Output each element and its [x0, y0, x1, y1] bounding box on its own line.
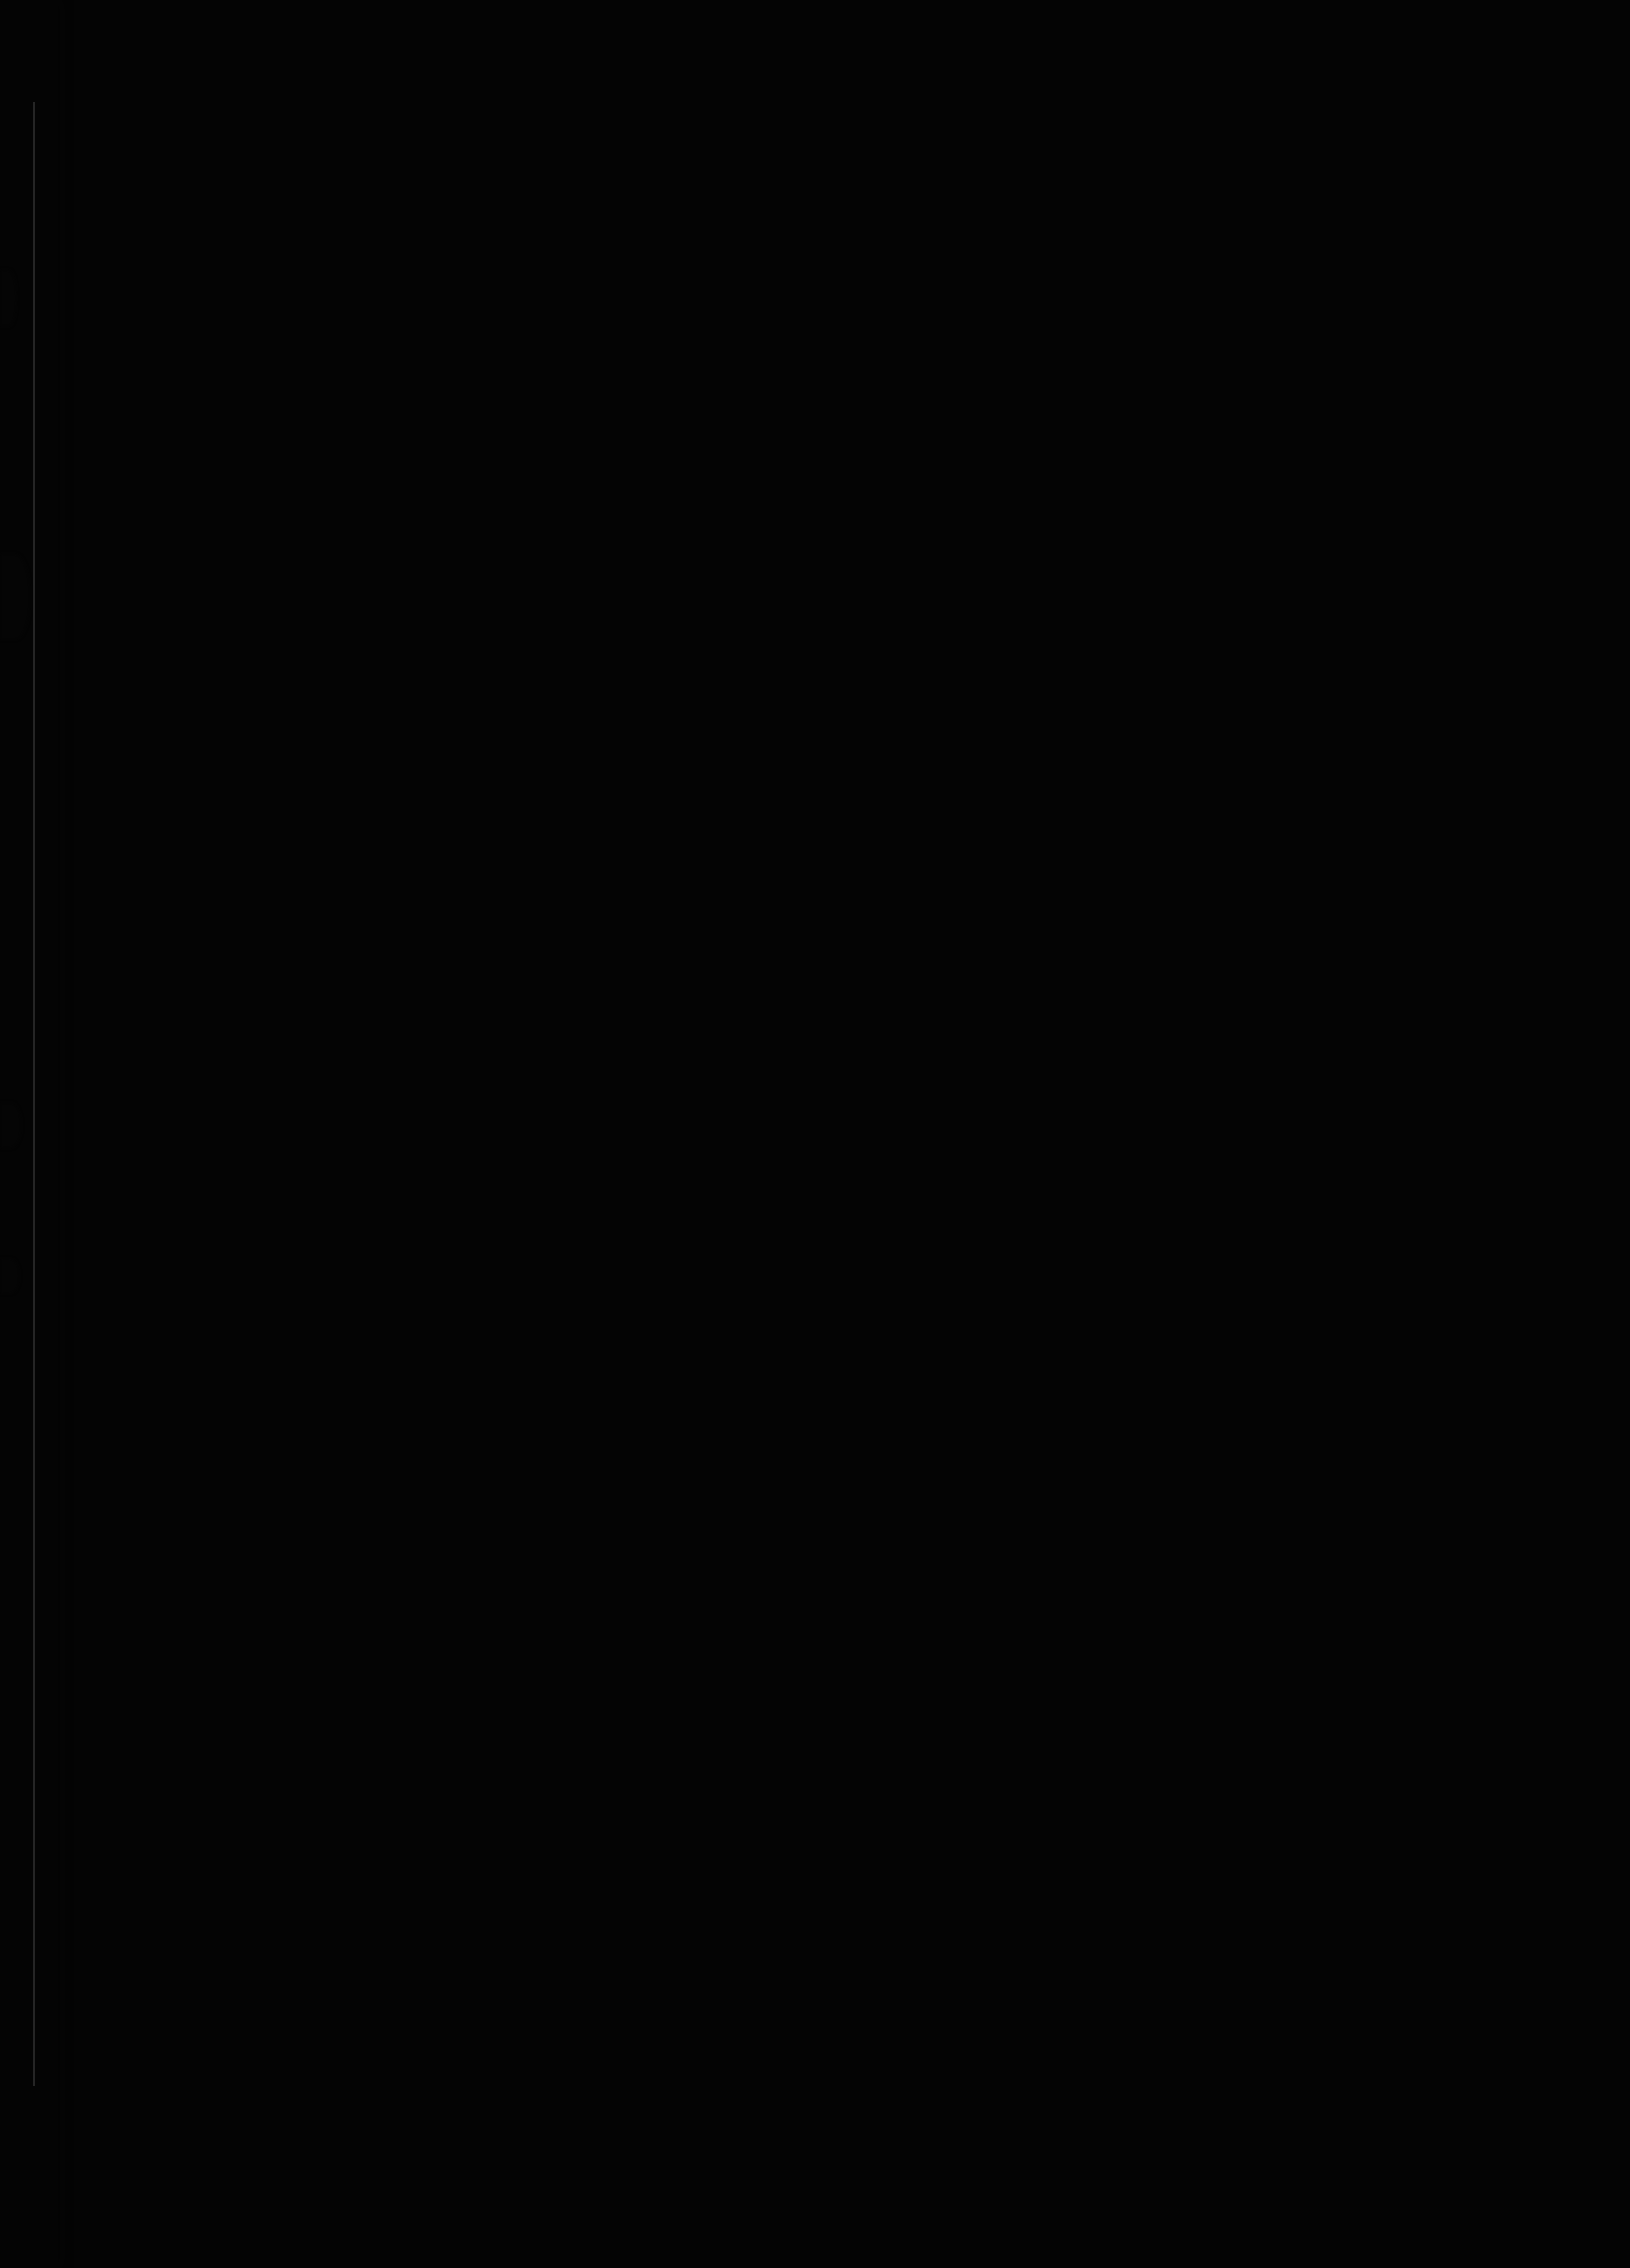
scan-edge-blot: [0, 1103, 21, 1148]
scan-edge-blot: [0, 1258, 19, 1293]
scan-edge-blot: [0, 270, 17, 326]
scanned-page: - 26 - "Nun ja also, jetzt steht die Sac…: [0, 0, 1630, 2268]
scan-edge-blot: [0, 554, 30, 639]
paper-edge-line: [33, 102, 35, 2086]
scan-border-bottom: [0, 0, 1630, 2268]
